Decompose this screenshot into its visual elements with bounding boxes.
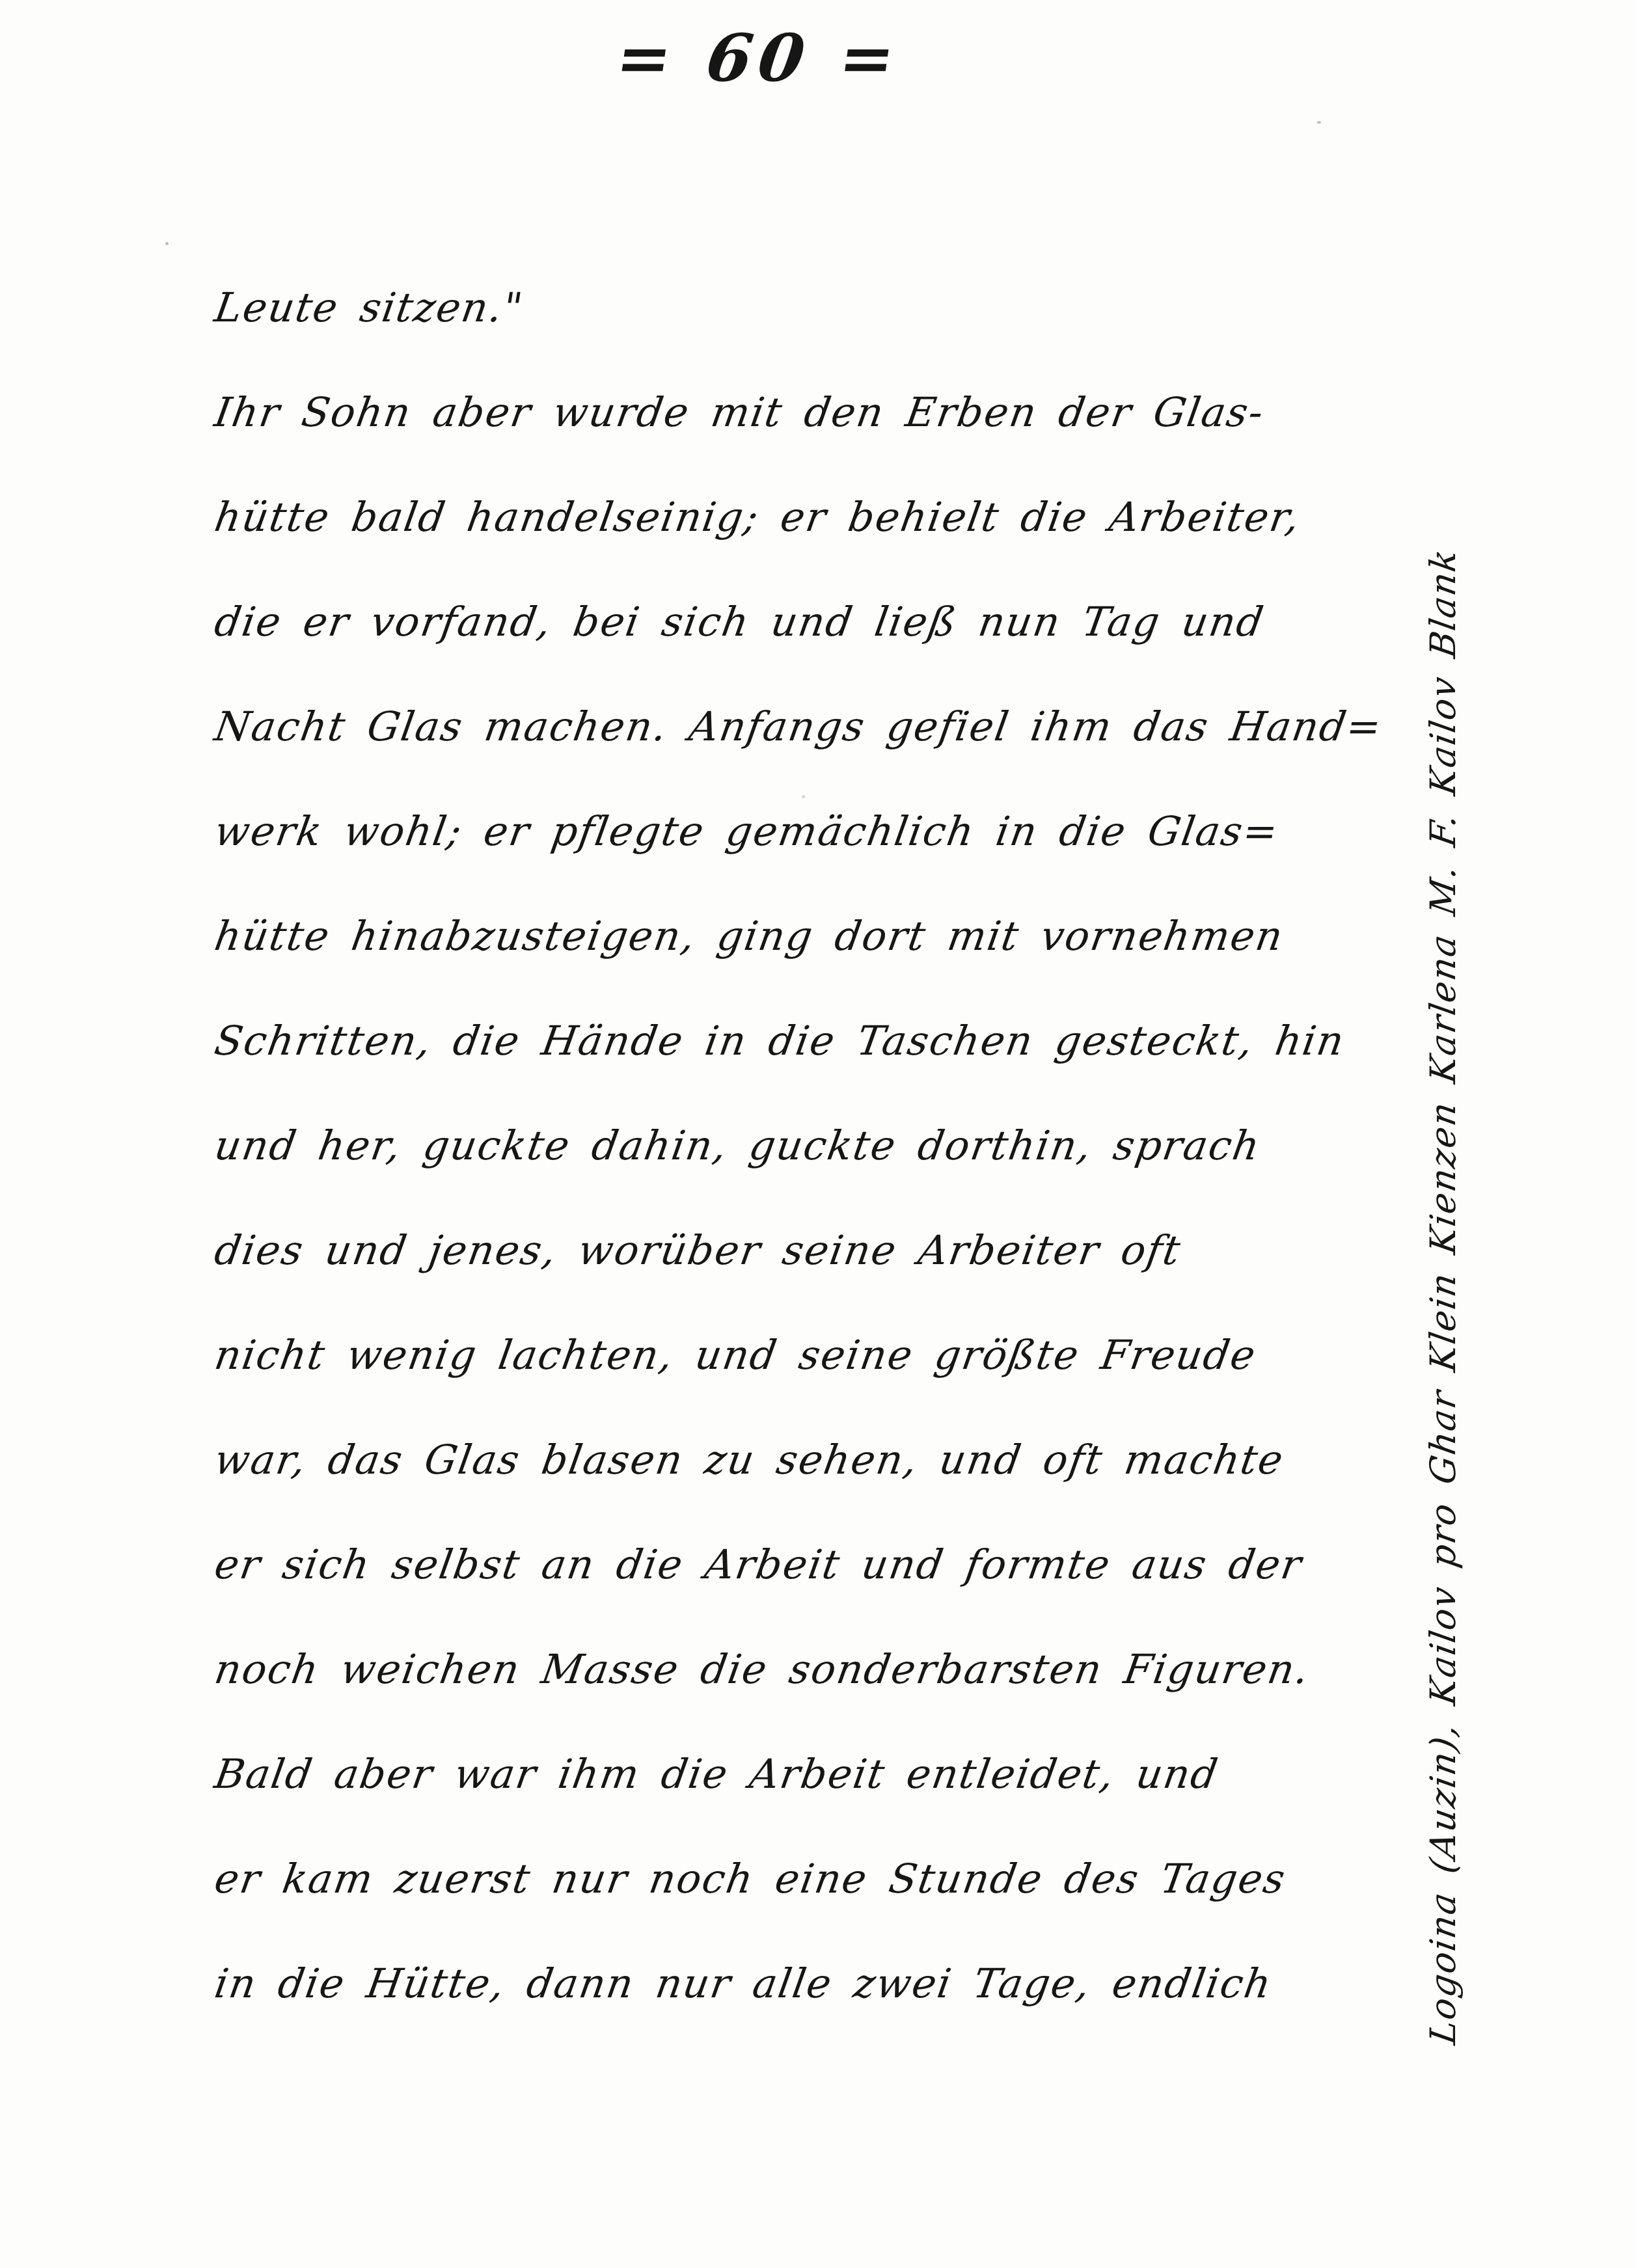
manuscript-line: Ihr Sohn aber wurde mit den Erben der Gl… xyxy=(207,360,1415,465)
ink-speck xyxy=(165,242,169,245)
manuscript-line: Bald aber war ihm die Arbeit entleidet, … xyxy=(207,1721,1415,1826)
manuscript-line: werk wohl; er pflegte gemächlich in die … xyxy=(207,779,1415,884)
manuscript-line: und her, guckte dahin, guckte dorthin, s… xyxy=(207,1093,1415,1198)
manuscript-text-block: Leute sitzen."Ihr Sohn aber wurde mit de… xyxy=(207,255,1398,2036)
manuscript-line: dies und jenes, worüber seine Arbeiter o… xyxy=(207,1198,1415,1303)
margin-note: Logoina (Auzin), Kailov pro Ghar Klein K… xyxy=(1404,364,1482,2050)
page-number: = 60 = xyxy=(0,20,1523,96)
ink-speck xyxy=(802,795,805,798)
manuscript-line: er sich selbst an die Arbeit und formte … xyxy=(207,1512,1415,1617)
manuscript-line: die er vorfand, bei sich und ließ nun Ta… xyxy=(207,569,1415,674)
manuscript-line: Nacht Glas machen. Anfangs gefiel ihm da… xyxy=(207,674,1415,779)
manuscript-page: = 60 = Leute sitzen."Ihr Sohn aber wurde… xyxy=(0,0,1636,2268)
manuscript-line: noch weichen Masse die sonderbarsten Fig… xyxy=(207,1617,1415,1721)
manuscript-line: nicht wenig lachten, und seine größte Fr… xyxy=(207,1303,1415,1407)
manuscript-line: hütte hinabzusteigen, ging dort mit vorn… xyxy=(207,884,1415,988)
manuscript-line: hütte bald handelseinig; er behielt die … xyxy=(207,465,1415,569)
manuscript-line: er kam zuerst nur noch eine Stunde des T… xyxy=(207,1826,1415,1931)
manuscript-line: war, das Glas blasen zu sehen, und oft m… xyxy=(207,1407,1415,1512)
manuscript-line: Schritten, die Hände in die Taschen gest… xyxy=(207,988,1415,1093)
manuscript-line: in die Hütte, dann nur alle zwei Tage, e… xyxy=(207,1931,1415,2036)
manuscript-line: Leute sitzen." xyxy=(207,255,1415,360)
ink-speck xyxy=(1317,121,1321,124)
